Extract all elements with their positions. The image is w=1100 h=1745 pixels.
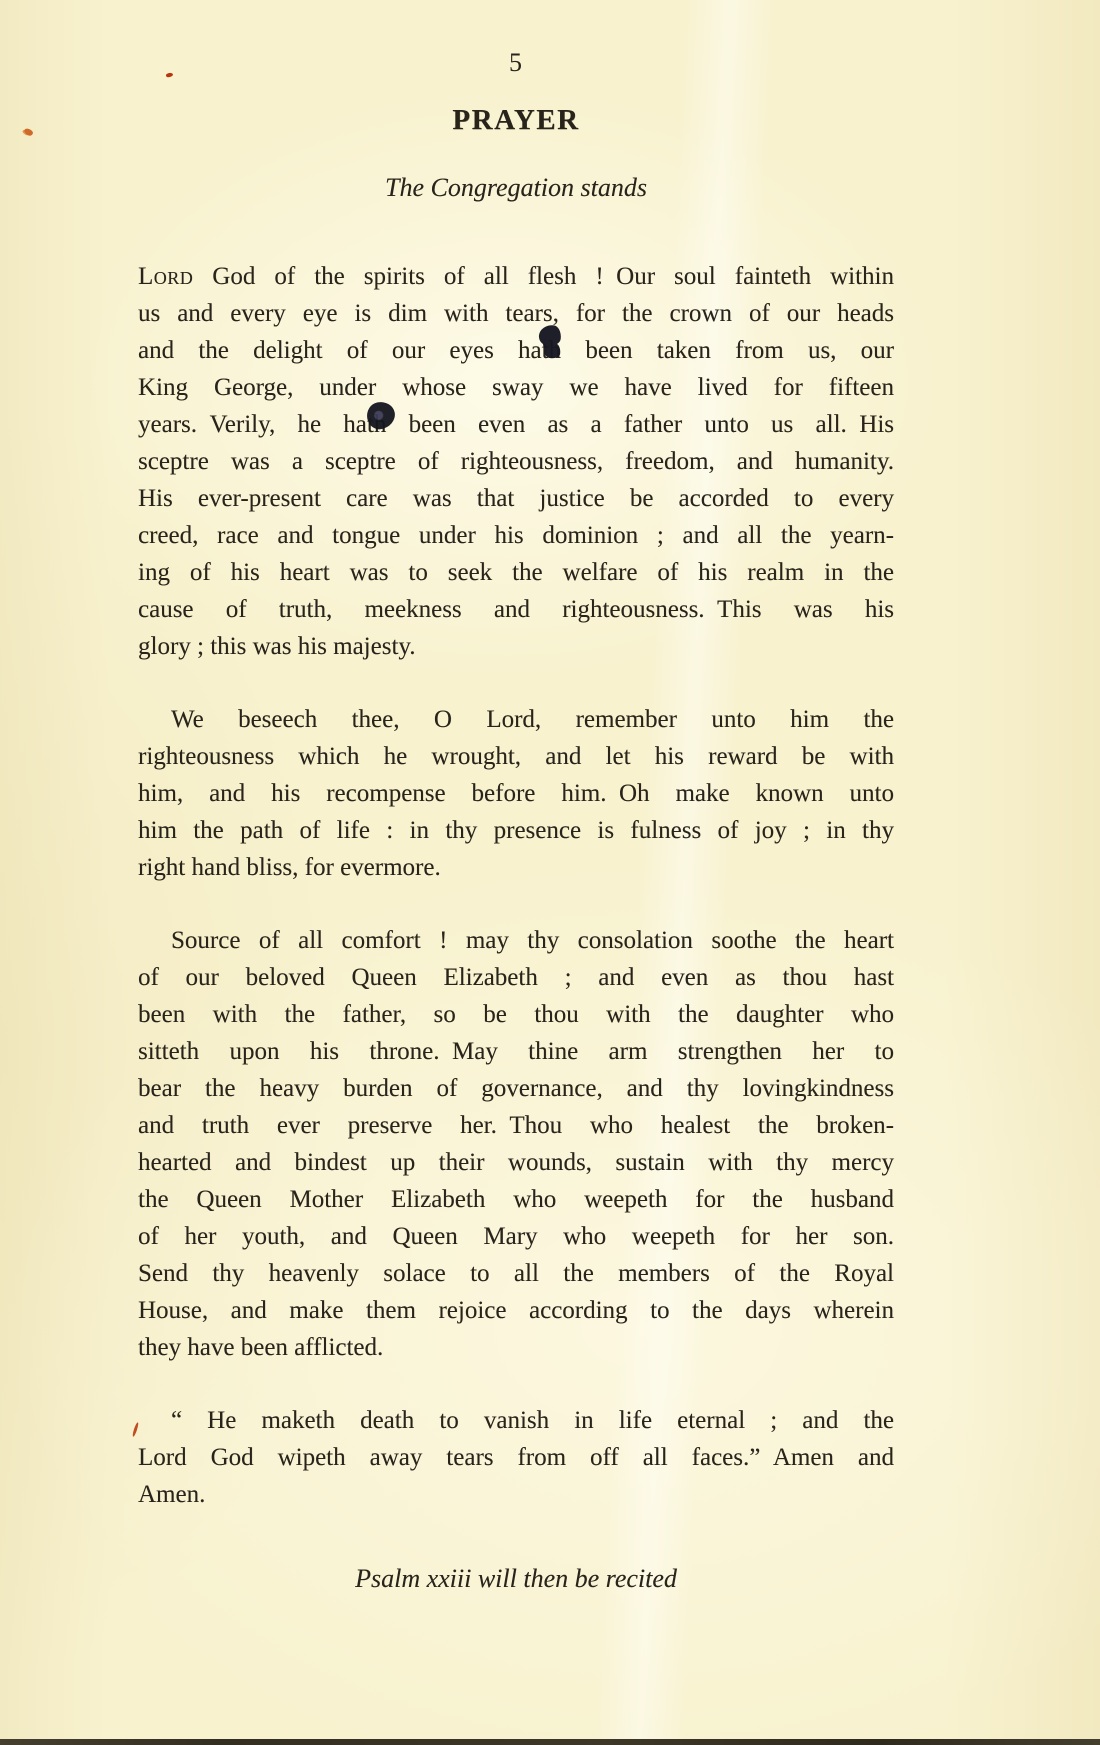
prayer-paragraph: Lord God of the spirits of all flesh ! O…	[138, 258, 894, 665]
prayer-line: cause of truth, meekness and righteousne…	[138, 591, 894, 628]
prayer-line: sitteth upon his throne. May thine arm s…	[138, 1033, 894, 1070]
rubric-congregation-stands: The Congregation stands	[138, 172, 894, 204]
prayer-line: His ever-present care was that justice b…	[138, 480, 894, 517]
small-caps-word: Lord	[138, 263, 193, 290]
prayer-line: House, and make them rejoice according t…	[138, 1292, 894, 1329]
prayer-line: Lord God of the spirits of all flesh ! O…	[138, 258, 894, 295]
prayer-line: creed, race and tongue under his dominio…	[138, 517, 894, 554]
page-title: PRAYER	[138, 104, 894, 136]
prayer-line: right hand bliss, for evermore.	[138, 849, 894, 886]
prayer-line: sceptre was a sceptre of righteousness, …	[138, 443, 894, 480]
prayer-line: years. Verily, he hath been even as a fa…	[138, 406, 894, 443]
prayer-paragraph: “ He maketh death to vanish in life eter…	[138, 1402, 894, 1513]
prayer-line: Send thy heavenly solace to all the memb…	[138, 1255, 894, 1292]
prayer-line: him, and his recompense before him. Oh m…	[138, 775, 894, 812]
paper-speck	[23, 127, 34, 137]
prayer-line: “ He maketh death to vanish in life eter…	[138, 1402, 894, 1439]
prayer-line: us and every eye is dim with tears, for …	[138, 295, 894, 332]
page-number: 5	[138, 48, 894, 78]
prayer-line: Source of all comfort ! may thy consolat…	[138, 922, 894, 959]
prayer-line: Amen.	[138, 1476, 894, 1513]
prayer-line: ing of his heart was to seek the welfare…	[138, 554, 894, 591]
prayer-line: they have been afflicted.	[138, 1329, 894, 1366]
prayer-line: the Queen Mother Elizabeth who weepeth f…	[138, 1181, 894, 1218]
rubric-psalm-recited: Psalm xxiii will then be recited	[138, 1563, 894, 1595]
prayer-line: been with the father, so be thou with th…	[138, 996, 894, 1033]
prayer-line: of her youth, and Queen Mary who weepeth…	[138, 1218, 894, 1255]
prayer-line: bear the heavy burden of governance, and…	[138, 1070, 894, 1107]
prayer-line: King George, under whose sway we have li…	[138, 369, 894, 406]
prayer-body: Lord God of the spirits of all flesh ! O…	[138, 258, 894, 1513]
scan-edge	[0, 1739, 1100, 1745]
prayer-line: We beseech thee, O Lord, remember unto h…	[138, 701, 894, 738]
page-content: 5 PRAYER The Congregation stands Lord Go…	[138, 0, 894, 1595]
ink-blot: th	[542, 332, 561, 369]
prayer-paragraph: We beseech thee, O Lord, remember unto h…	[138, 701, 894, 886]
prayer-line: hearted and bindest up their wounds, sus…	[138, 1144, 894, 1181]
prayer-line: him the path of life : in thy presence i…	[138, 812, 894, 849]
prayer-page: 5 PRAYER The Congregation stands Lord Go…	[0, 0, 1100, 1745]
prayer-line: and truth ever preserve her. Thou who he…	[138, 1107, 894, 1144]
prayer-line: and the delight of our eyes hath been ta…	[138, 332, 894, 369]
prayer-line: of our beloved Queen Elizabeth ; and eve…	[138, 959, 894, 996]
prayer-line: glory ; this was his majesty.	[138, 628, 894, 665]
prayer-paragraph: Source of all comfort ! may thy consolat…	[138, 922, 894, 1366]
prayer-line: righteousness which he wrought, and let …	[138, 738, 894, 775]
prayer-line: Lord God wipeth away tears from off all …	[138, 1439, 894, 1476]
ink-blot: h	[374, 406, 387, 443]
